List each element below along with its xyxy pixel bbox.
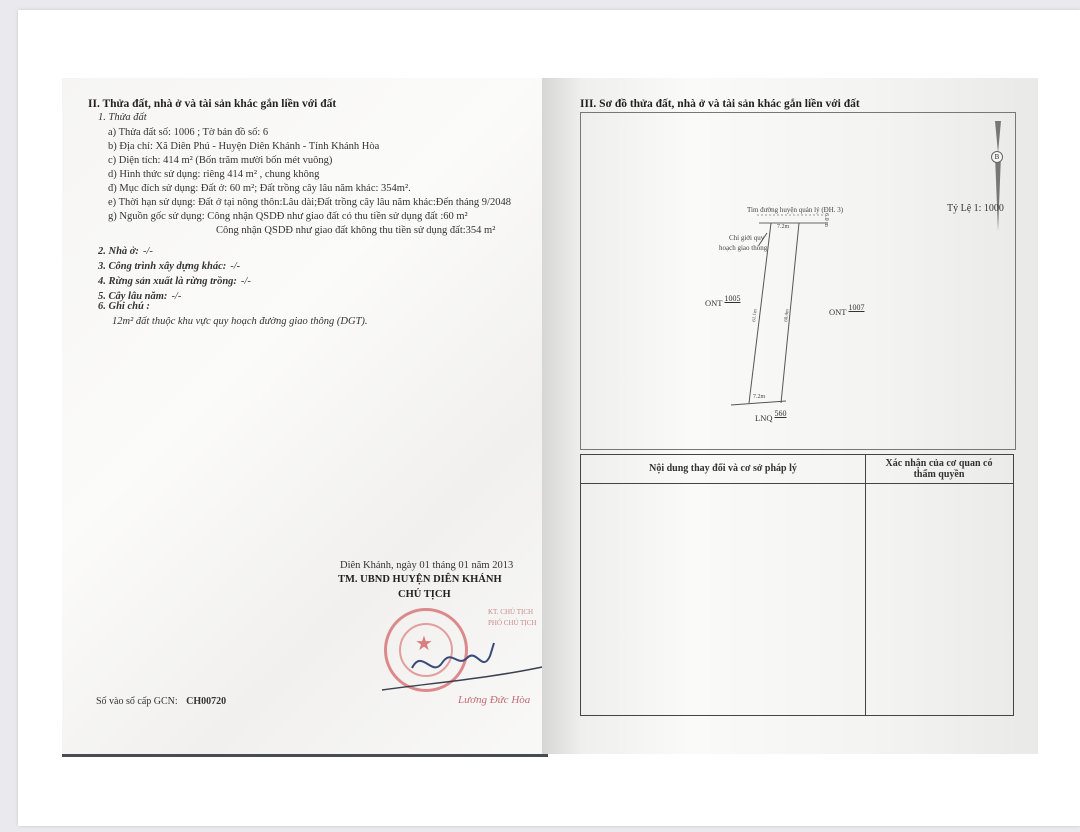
north-arrow-icon: B xyxy=(991,151,1003,163)
section-ii-title: II. Thửa đất, nhà ở và tài sản khác gắn … xyxy=(88,98,336,110)
field-usage-form: d) Hình thức sử dụng: riêng 414 m² , chu… xyxy=(108,169,319,180)
boundary-label-2: hoạch giao thông xyxy=(719,244,767,252)
field-origin-2: Công nhận QSDĐ như giao đất không thu ti… xyxy=(216,225,495,236)
top-width: 7.2m xyxy=(777,224,789,230)
col-header-changes: Nội dung thay đổi và cơ sở pháp lý xyxy=(581,463,865,474)
signer-title: CHỦ TỊCH xyxy=(398,589,451,600)
field-address: b) Địa chỉ: Xã Diên Phú - Huyện Diên Khá… xyxy=(108,141,379,152)
bottom-width: 7.2m xyxy=(753,394,765,400)
signer-name: Lương Đức Hòa xyxy=(458,694,530,706)
right-page: III. Sơ đồ thửa đất, nhà ở và tài sản kh… xyxy=(542,78,1038,754)
registry-number: Số vào sổ cấp GCN: CH00720 xyxy=(96,696,226,707)
item-notes-title: 6. Ghi chú : xyxy=(98,301,150,312)
parcel-drawing xyxy=(581,113,1015,449)
parcel-diagram: B Tỷ Lệ 1: 1000 Tim đường huyện quản lý … xyxy=(580,112,1016,450)
neighbor-bottom: LNQ560 xyxy=(755,413,786,423)
neighbor-left: ONT1005 xyxy=(705,298,740,308)
field-parcel-number: a) Thửa đất số: 1006 ; Tờ bản đồ số: 6 xyxy=(108,127,268,138)
field-usage-purpose: đ) Mục đích sử dụng: Đất ở: 60 m²; Đất t… xyxy=(108,183,411,194)
subsection-1-title: 1. Thửa đất xyxy=(98,112,147,123)
boundary-label-1: Chỉ giới quy xyxy=(729,234,764,242)
road-offset: 6.0 m xyxy=(823,213,829,227)
section-iii-title: III. Sơ đồ thửa đất, nhà ở và tài sản kh… xyxy=(580,98,860,110)
field-origin: g) Nguồn gốc sử dụng: Công nhận QSDĐ như… xyxy=(108,211,468,222)
signing-organization: TM. UBND HUYỆN DIÊN KHÁNH xyxy=(338,574,502,585)
col-header-confirmation: Xác nhận của cơ quan có thẩm quyền xyxy=(865,458,1013,480)
scale-label: Tỷ Lệ 1: 1000 xyxy=(947,203,1004,214)
deputy-label-2: PHÓ CHỦ TỊCH xyxy=(488,619,537,627)
place-date: Diên Khánh, ngày 01 tháng 01 năm 2013 xyxy=(340,560,513,571)
changes-table: Nội dung thay đổi và cơ sở pháp lý Xác n… xyxy=(580,454,1014,716)
note-text: 12m² đất thuộc khu vực quy hoạch đường g… xyxy=(112,316,368,327)
deputy-label: KT. CHỦ TỊCH xyxy=(488,608,533,616)
field-usage-term: e) Thời hạn sử dụng: Đất ở tại nông thôn… xyxy=(108,197,511,208)
left-page: II. Thửa đất, nhà ở và tài sản khác gắn … xyxy=(62,78,548,757)
neighbor-right: ONT1007 xyxy=(829,307,864,317)
field-area: c) Diện tích: 414 m² (Bốn trăm mười bốn … xyxy=(108,155,332,166)
